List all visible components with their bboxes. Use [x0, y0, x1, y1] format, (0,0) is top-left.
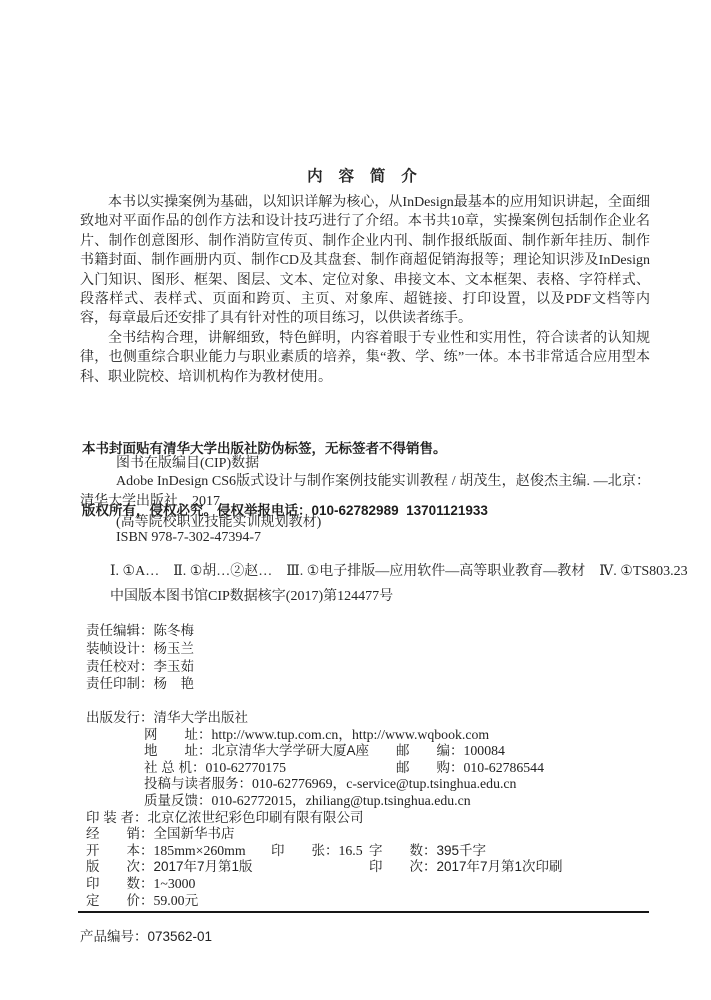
staff-row: 装帧设计：杨玉兰: [86, 640, 386, 658]
cip-isbn: ISBN 978-7-302-47394-7: [80, 530, 686, 546]
edition-row: 版 次：2017年7月第1版 印 次：2017年7月第1次印刷: [86, 855, 652, 872]
field-label: 定 价：: [86, 893, 154, 908]
field-value: 李玉茹: [154, 659, 195, 674]
field-label: 责任编辑：: [86, 623, 154, 638]
cip-entry: Adobe InDesign CS6版式设计与制作案例技能实训教程 / 胡茂生，…: [80, 472, 650, 511]
publication-info: 出版发行：清华大学出版社 网 址：http://www.tup.com.cn，h…: [86, 706, 652, 905]
cip-record-number: 中国版本图书馆CIP数据核字(2017)第124477号: [80, 585, 680, 605]
format-row: 开 本：185mm×260mm 印 张：16.5 字 数：395千字: [86, 839, 652, 856]
intro-paragraph-1: 本书以实操案例为基础，以知识详解为核心，从InDesign最基本的应用知识讲起，…: [80, 193, 650, 329]
field-label: 责任印制：: [86, 676, 154, 691]
field-label: 责任校对：: [86, 659, 154, 674]
field-value: 陈冬梅: [154, 623, 195, 638]
field-value: 杨 艳: [154, 676, 195, 691]
website-row: 网 址：http://www.tup.com.cn，http://www.wqb…: [86, 723, 652, 740]
switchboard-row: 社 总 机：010-62770175 邮 购：010-62786544: [86, 756, 652, 773]
staff-credits: 责任编辑：陈冬梅 装帧设计：杨玉兰 责任校对：李玉茹 责任印制：杨 艳: [86, 622, 386, 693]
intro-section: 本书以实操案例为基础，以知识详解为核心，从InDesign最基本的应用知识讲起，…: [80, 193, 650, 387]
product-number: 产品编号：073562-01: [80, 925, 212, 945]
book-copyright-page: 内 容 简 介 本书以实操案例为基础，以知识详解为核心，从InDesign最基本…: [0, 0, 711, 1000]
cip-classification: Ⅰ. ①A… Ⅱ. ①胡…②赵… Ⅲ. ①电子排版—应用软件—高等职业教育—教材…: [80, 560, 680, 580]
field: 定 价：59.00元: [86, 889, 198, 909]
intro-title: 内 容 简 介: [80, 164, 650, 186]
print-run-row: 印 数：1~3000: [86, 872, 652, 889]
divider-rule: [78, 911, 649, 913]
address-row: 地 址：北京清华大学学研大厦A座 邮 编：100084: [86, 739, 652, 756]
intro-paragraph-2: 全书结构合理，讲解细致，特色鲜明，内容着眼于专业性和实用性，符合读者的认知规律，…: [80, 329, 650, 387]
printer-row: 印 装 者：北京亿浓世纪彩色印刷有限有限公司: [86, 806, 652, 823]
staff-row: 责任校对：李玉茹: [86, 658, 386, 676]
reader-service-row: 投稿与读者服务：010-62776969，c-service@tup.tsing…: [86, 772, 652, 789]
field-value: 杨玉兰: [154, 641, 195, 656]
cip-heading: 图书在版编目(CIP)数据: [80, 452, 686, 472]
price-row: 定 价：59.00元: [86, 889, 652, 906]
distributor-row: 经 销：全国新华书店: [86, 822, 652, 839]
staff-row: 责任编辑：陈冬梅: [86, 622, 386, 640]
cip-series: (高等院校职业技能实训规划教材): [80, 511, 686, 531]
field-label: 装帧设计：: [86, 641, 154, 656]
field-value: 59.00元: [154, 893, 199, 908]
quality-feedback-row: 质量反馈：010-62772015，zhiliang@tup.tsinghua.…: [86, 789, 652, 806]
staff-row: 责任印制：杨 艳: [86, 675, 386, 693]
publisher-row: 出版发行：清华大学出版社: [86, 706, 652, 723]
